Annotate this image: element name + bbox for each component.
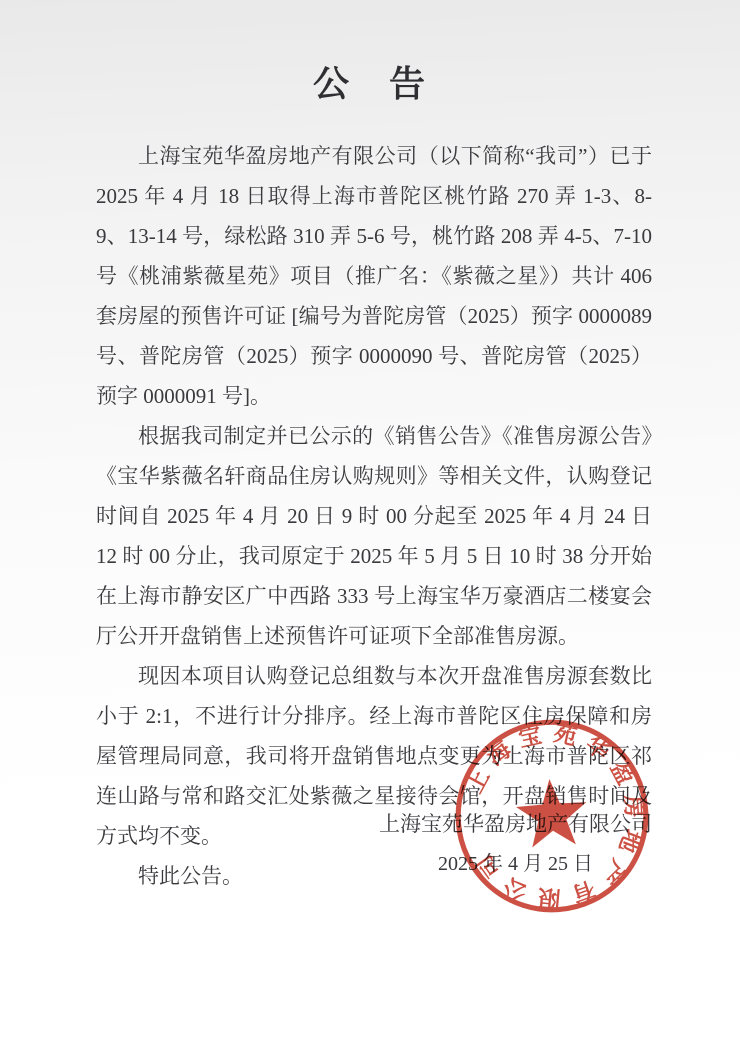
announcement-paragraph: 根据我司制定并已公示的《销售公告》《准售房源公告》《宝华紫薇名轩商品住房认购规则… <box>96 416 652 656</box>
announcement-paragraph: 上海宝苑华盈房地产有限公司（以下简称“我司”）已于 2025 年 4 月 18 … <box>96 136 652 416</box>
announcement-document: 公 告 上海宝苑华盈房地产有限公司（以下简称“我司”）已于 2025 年 4 月… <box>0 0 740 1046</box>
star-icon <box>514 777 589 849</box>
page-title: 公 告 <box>0 56 740 107</box>
company-seal: 上海宝苑华盈房地产有限公司 <box>445 709 658 922</box>
